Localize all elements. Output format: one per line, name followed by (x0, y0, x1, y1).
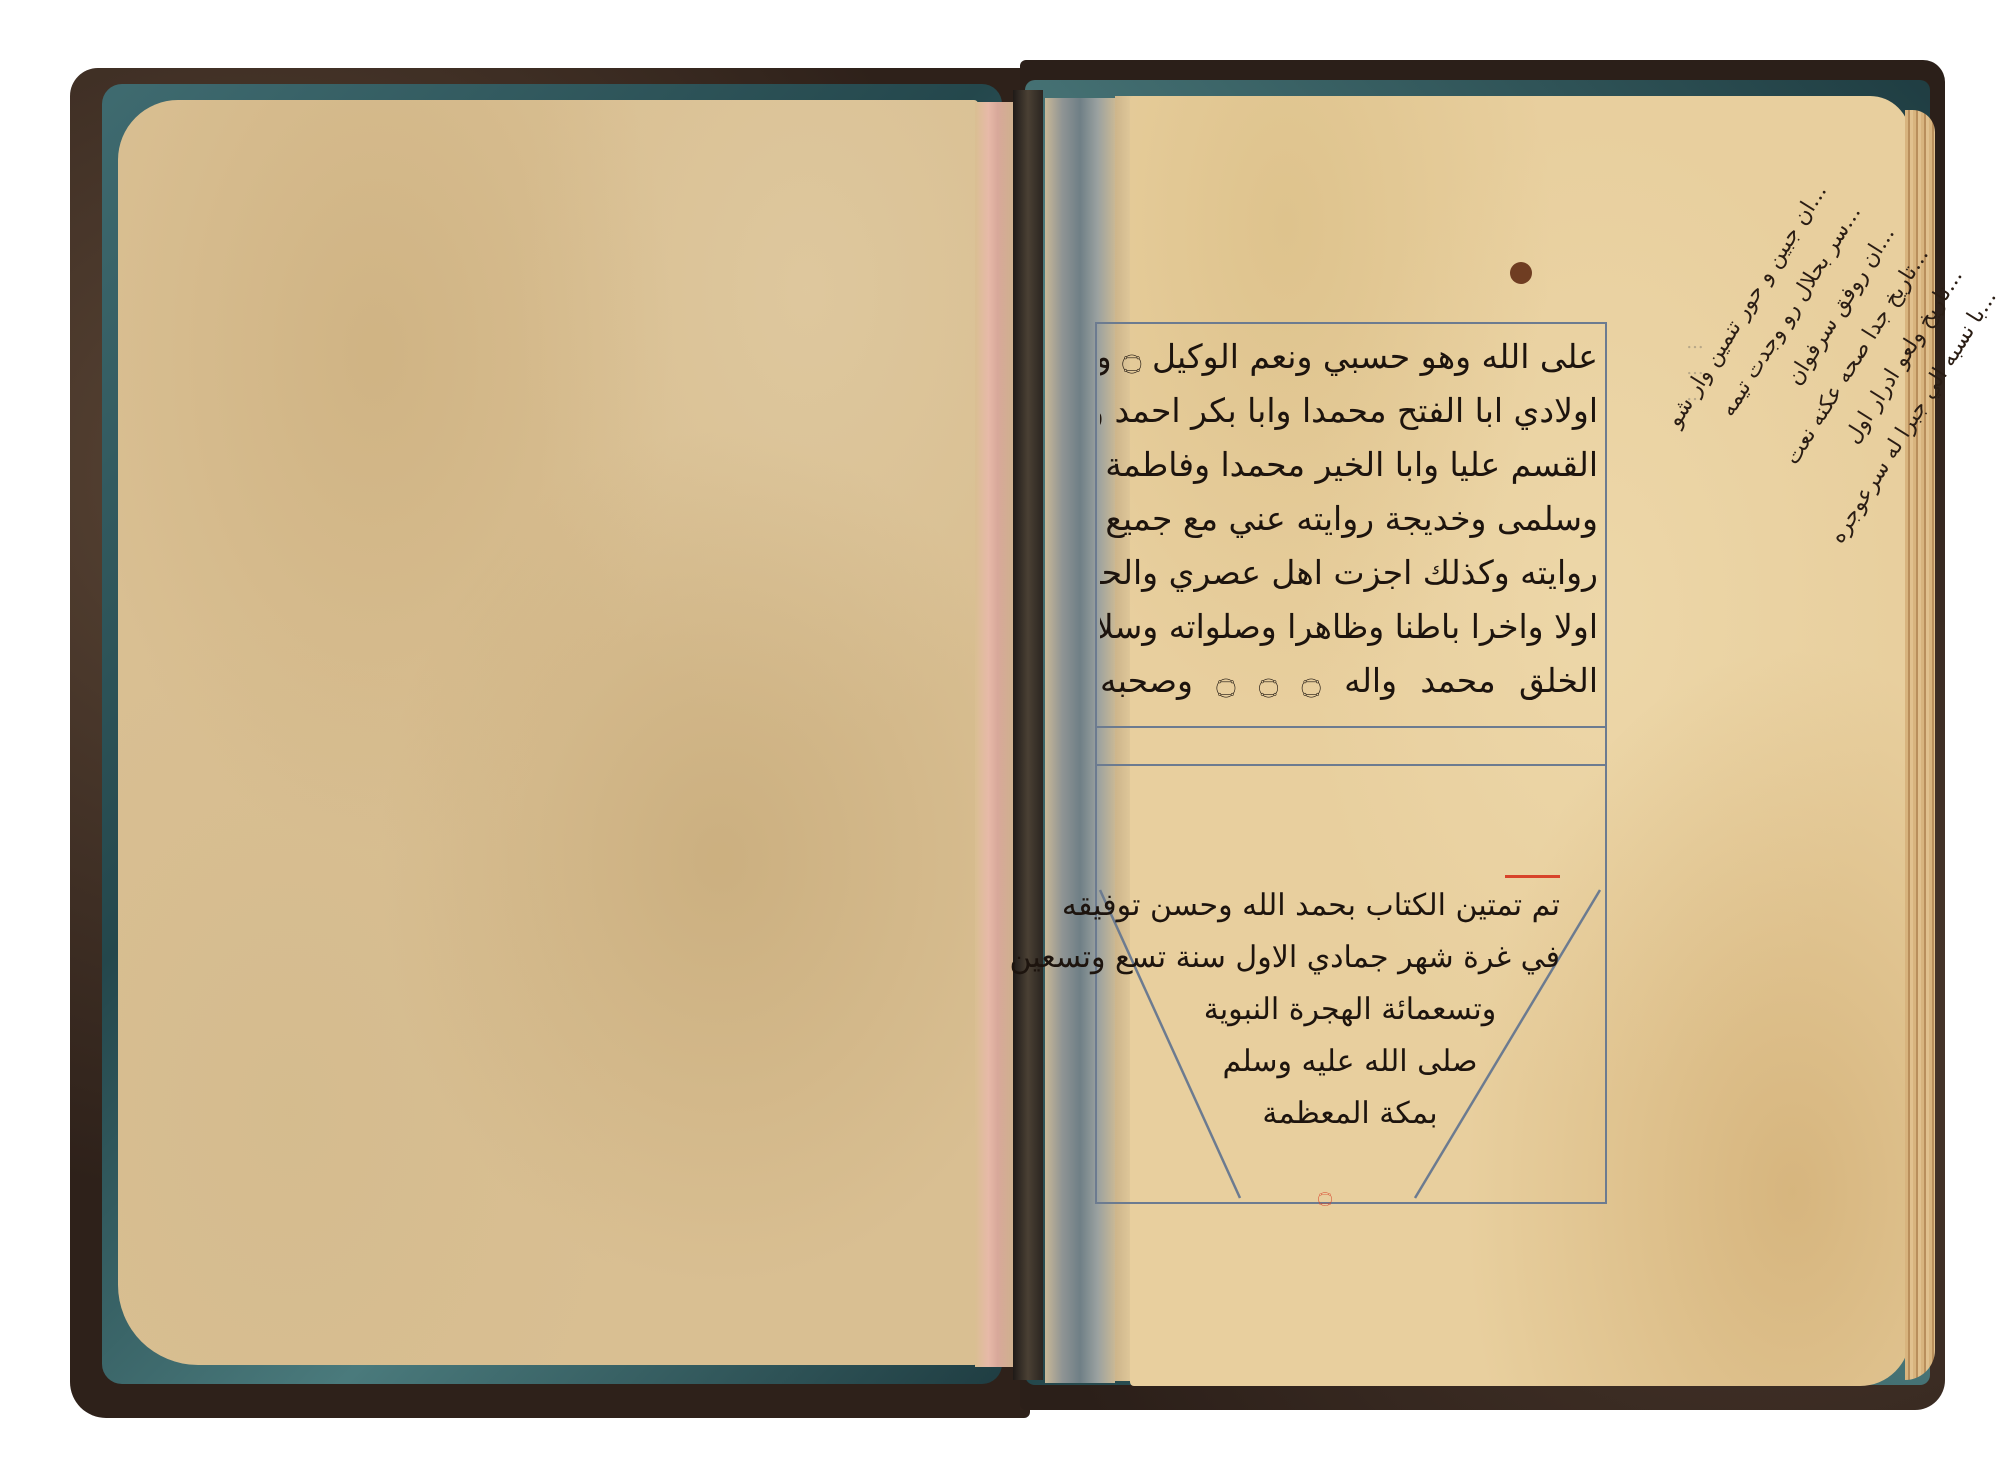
text-line-with-red-marks: الخلق محمد واله ۝ ۝ ۝ وصحبه (1100, 654, 1598, 708)
colophon-line: بمكة المعظمة (1140, 1088, 1560, 1140)
colophon-line: وتسعمائة الهجرة النبوية (1140, 984, 1560, 1036)
text-line: وسلمى وخديجة روايته عني مع جميع ما يجوز … (1100, 492, 1598, 546)
text-line: القسم عليا وابا الخير محمدا وفاطمة وعائش… (1100, 438, 1598, 492)
frame-rule (1097, 764, 1605, 766)
text-line: على الله وهو حسبي ونعم الوكيل ۝ وقد اجزت (1100, 330, 1598, 384)
ink-stain (1510, 262, 1532, 284)
text-line: روايته وكذلك اجزت اهل عصري والحمد لله وح… (1100, 546, 1598, 600)
book-inner (70, 60, 1945, 1420)
text-line: اولادي ابا الفتح محمدا وابا بكر احمد واب… (1100, 384, 1598, 438)
frame-rule (1097, 726, 1605, 728)
colophon-line: صلى الله عليه وسلم (1140, 1036, 1560, 1088)
spine-gutter (1013, 90, 1043, 1380)
text-line: اولا واخرا باطنا وظاهرا وصلواته وسلامه ع… (1100, 600, 1598, 654)
red-overline (1505, 875, 1560, 878)
pink-hinge-strip (975, 102, 1013, 1367)
left-blank-page (118, 100, 978, 1365)
colophon-line: تم تمتين الكتاب بحمد الله وحسن توفيقه (1140, 880, 1560, 932)
main-text-block: على الله وهو حسبي ونعم الوكيل ۝ وقد اجزت… (1100, 330, 1598, 708)
red-footer-mark: ۝ (1318, 1180, 1332, 1208)
colophon-block: تم تمتين الكتاب بحمد الله وحسن توفيقه في… (1140, 880, 1560, 1140)
colophon-line: في غرة شهر جمادي الاول سنة تسع وتسعين (1140, 932, 1560, 984)
